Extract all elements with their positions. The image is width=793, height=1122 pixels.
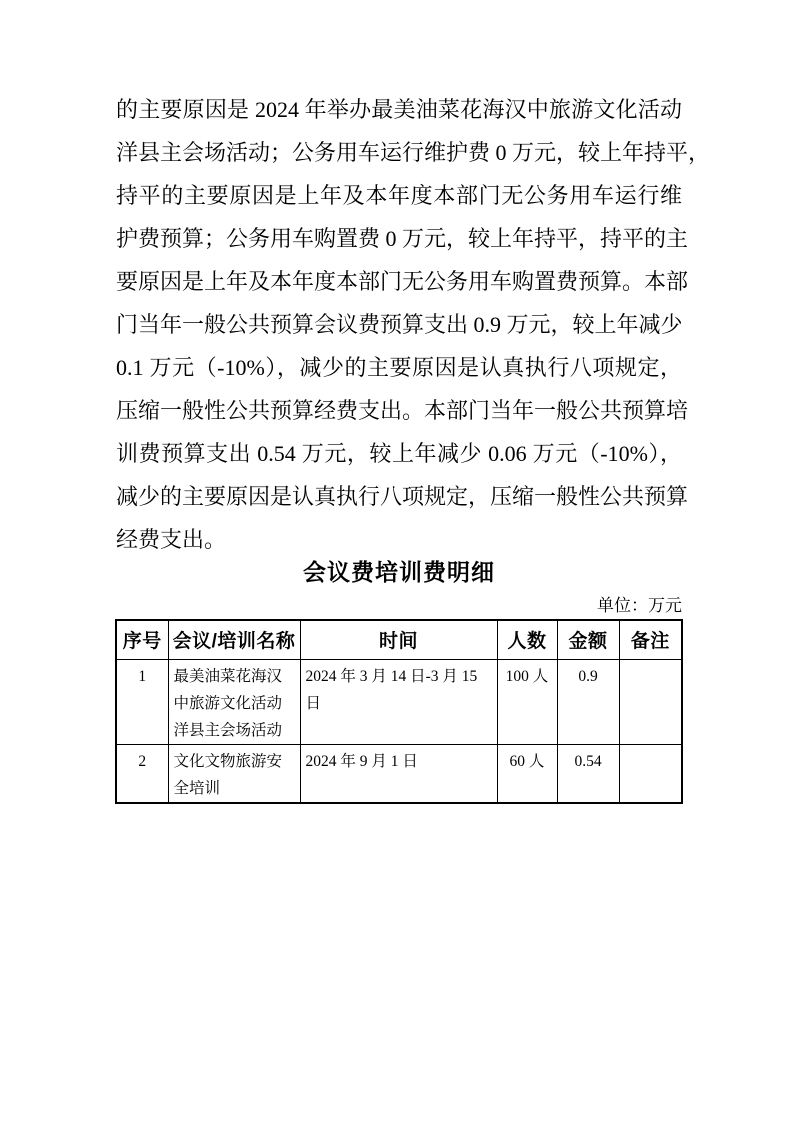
body-paragraph: 的主要原因是 2024 年举办最美油菜花海汉中旅游文化活动 洋县主会场活动；公务…: [116, 88, 682, 561]
table-row: 1 最美油菜花海汉中旅游文化活动洋县主会场活动 2024 年 3 月 14 日-…: [116, 659, 682, 744]
cell-amount: 0.54: [557, 744, 619, 803]
cell-time: 2024 年 3 月 14 日-3 月 15 日: [300, 659, 497, 744]
body-text-line: 要原因是上年及本年度本部门无公务用车购置费预算。本部: [116, 260, 682, 303]
cell-seq: 2: [116, 744, 168, 803]
document-page: 的主要原因是 2024 年举办最美油菜花海汉中旅游文化活动 洋县主会场活动；公务…: [0, 0, 793, 1122]
body-text-line: 压缩一般性公共预算经费支出。本部门当年一般公共预算培: [116, 389, 682, 432]
body-text-line: 洋县主会场活动；公务用车运行维护费 0 万元，较上年持平，: [116, 131, 682, 174]
body-text-line: 门当年一般公共预算会议费预算支出 0.9 万元，较上年减少: [116, 303, 682, 346]
cell-name: 最美油菜花海汉中旅游文化活动洋县主会场活动: [168, 659, 300, 744]
col-header-time: 时间: [300, 620, 497, 659]
body-text-line: 经费支出。: [116, 518, 682, 561]
col-header-amount: 金额: [557, 620, 619, 659]
table-title: 会议费培训费明细: [116, 556, 682, 588]
col-header-note: 备注: [619, 620, 682, 659]
unit-label: 单位：万元: [116, 596, 682, 616]
cell-name: 文化文物旅游安全培训: [168, 744, 300, 803]
table-row: 2 文化文物旅游安全培训 2024 年 9 月 1 日 60 人 0.54: [116, 744, 682, 803]
body-text-line: 0.1 万元（-10%），减少的主要原因是认真执行八项规定，: [116, 346, 682, 389]
col-header-name: 会议/培训名称: [168, 620, 300, 659]
table-header-row: 序号 会议/培训名称 时间 人数 金额 备注: [116, 620, 682, 659]
cell-time: 2024 年 9 月 1 日: [300, 744, 497, 803]
body-text-line: 减少的主要原因是认真执行八项规定，压缩一般性公共预算: [116, 475, 682, 518]
body-text-line: 的主要原因是 2024 年举办最美油菜花海汉中旅游文化活动: [116, 88, 682, 131]
cell-note: [619, 744, 682, 803]
cell-seq: 1: [116, 659, 168, 744]
cell-note: [619, 659, 682, 744]
body-text-line: 护费预算；公务用车购置费 0 万元，较上年持平，持平的主: [116, 217, 682, 260]
body-text-line: 持平的主要原因是上年及本年度本部门无公务用车运行维: [116, 174, 682, 217]
cell-people: 60 人: [497, 744, 557, 803]
col-header-people: 人数: [497, 620, 557, 659]
col-header-seq: 序号: [116, 620, 168, 659]
body-text-line: 训费预算支出 0.54 万元，较上年减少 0.06 万元（-10%），: [116, 432, 682, 475]
cell-people: 100 人: [497, 659, 557, 744]
meeting-training-table: 序号 会议/培训名称 时间 人数 金额 备注 1 最美油菜花海汉中旅游文化活动洋…: [115, 619, 683, 804]
cell-amount: 0.9: [557, 659, 619, 744]
